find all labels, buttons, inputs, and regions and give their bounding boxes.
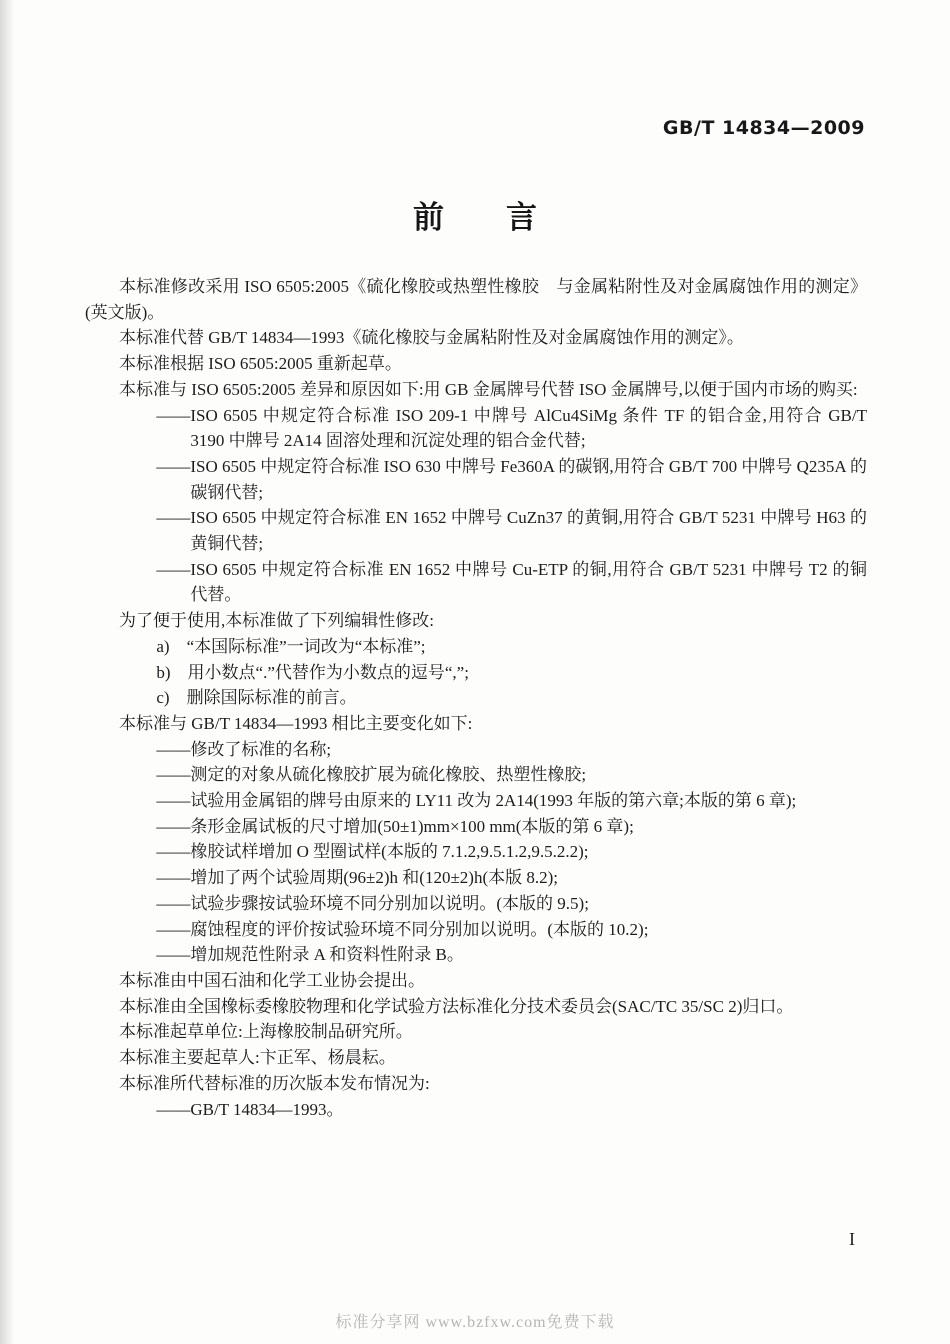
paragraph: 本标准根据 ISO 6505:2005 重新起草。	[85, 351, 867, 377]
paragraph: 本标准由中国石油和化学工业协会提出。	[85, 968, 867, 994]
page-number: I	[849, 1229, 855, 1250]
dash-item: ——修改了标准的名称;	[85, 737, 867, 763]
paragraph: 本标准起草单位:上海橡胶制品研究所。	[85, 1019, 867, 1045]
letter-item: b) 用小数点“.”代替作为小数点的逗号“,”;	[85, 660, 867, 686]
dash-item: ——试验用金属铝的牌号由原来的 LY11 改为 2A14(1993 年版的第六章…	[85, 788, 867, 814]
document-page: GB/T 14834—2009 前 言 本标准修改采用 ISO 6505:200…	[0, 0, 950, 1344]
dash-item: ——ISO 6505 中规定符合标准 EN 1652 中牌号 Cu-ETP 的铜…	[85, 557, 867, 608]
paragraph: 为了便于使用,本标准做了下列编辑性修改:	[85, 608, 867, 634]
dash-item: ——ISO 6505 中规定符合标准 ISO 209-1 中牌号 AlCu4Si…	[85, 403, 867, 454]
dash-item: ——ISO 6505 中规定符合标准 EN 1652 中牌号 CuZn37 的黄…	[85, 505, 867, 556]
dash-item: ——测定的对象从硫化橡胶扩展为硫化橡胶、热塑性橡胶;	[85, 762, 867, 788]
standard-code-header: GB/T 14834—2009	[663, 117, 865, 139]
paragraph: 本标准与 ISO 6505:2005 差异和原因如下:用 GB 金属牌号代替 I…	[85, 377, 867, 403]
dash-item: ——增加了两个试验周期(96±2)h 和(120±2)h(本版 8.2);	[85, 865, 867, 891]
letter-item: a) “本国际标准”一词改为“本标准”;	[85, 634, 867, 660]
paragraph: 本标准主要起草人:卞正军、杨晨耘。	[85, 1045, 867, 1071]
dash-item: ——增加规范性附录 A 和资料性附录 B。	[85, 942, 867, 968]
page-title: 前 言	[0, 192, 950, 237]
paragraph: 本标准由全国橡标委橡胶物理和化学试验方法标准化分技术委员会(SAC/TC 35/…	[85, 994, 867, 1020]
dash-item: ——橡胶试样增加 O 型圈试样(本版的 7.1.2,9.5.1.2,9.5.2.…	[85, 839, 867, 865]
foreword-body: 本标准修改采用 ISO 6505:2005《硫化橡胶或热塑性橡胶 与金属粘附性及…	[85, 274, 867, 1122]
paragraph: 本标准所代替标准的历次版本发布情况为:	[85, 1071, 867, 1097]
letter-item: c) 删除国际标准的前言。	[85, 685, 867, 711]
paragraph: 本标准与 GB/T 14834—1993 相比主要变化如下:	[85, 711, 867, 737]
dash-item: ——ISO 6505 中规定符合标准 ISO 630 中牌号 Fe360A 的碳…	[85, 454, 867, 505]
dash-item: ——条形金属试板的尺寸增加(50±1)mm×100 mm(本版的第 6 章);	[85, 814, 867, 840]
dash-item: ——试验步骤按试验环境不同分别加以说明。(本版的 9.5);	[85, 891, 867, 917]
watermark-text: 标准分享网 www.bzfxw.com免费下载	[0, 1309, 950, 1332]
paragraph: 本标准修改采用 ISO 6505:2005《硫化橡胶或热塑性橡胶 与金属粘附性及…	[85, 274, 867, 325]
dash-item: ——GB/T 14834—1993。	[85, 1097, 867, 1123]
dash-item: ——腐蚀程度的评价按试验环境不同分别加以说明。(本版的 10.2);	[85, 917, 867, 943]
paragraph: 本标准代替 GB/T 14834—1993《硫化橡胶与金属粘附性及对金属腐蚀作用…	[85, 325, 867, 351]
